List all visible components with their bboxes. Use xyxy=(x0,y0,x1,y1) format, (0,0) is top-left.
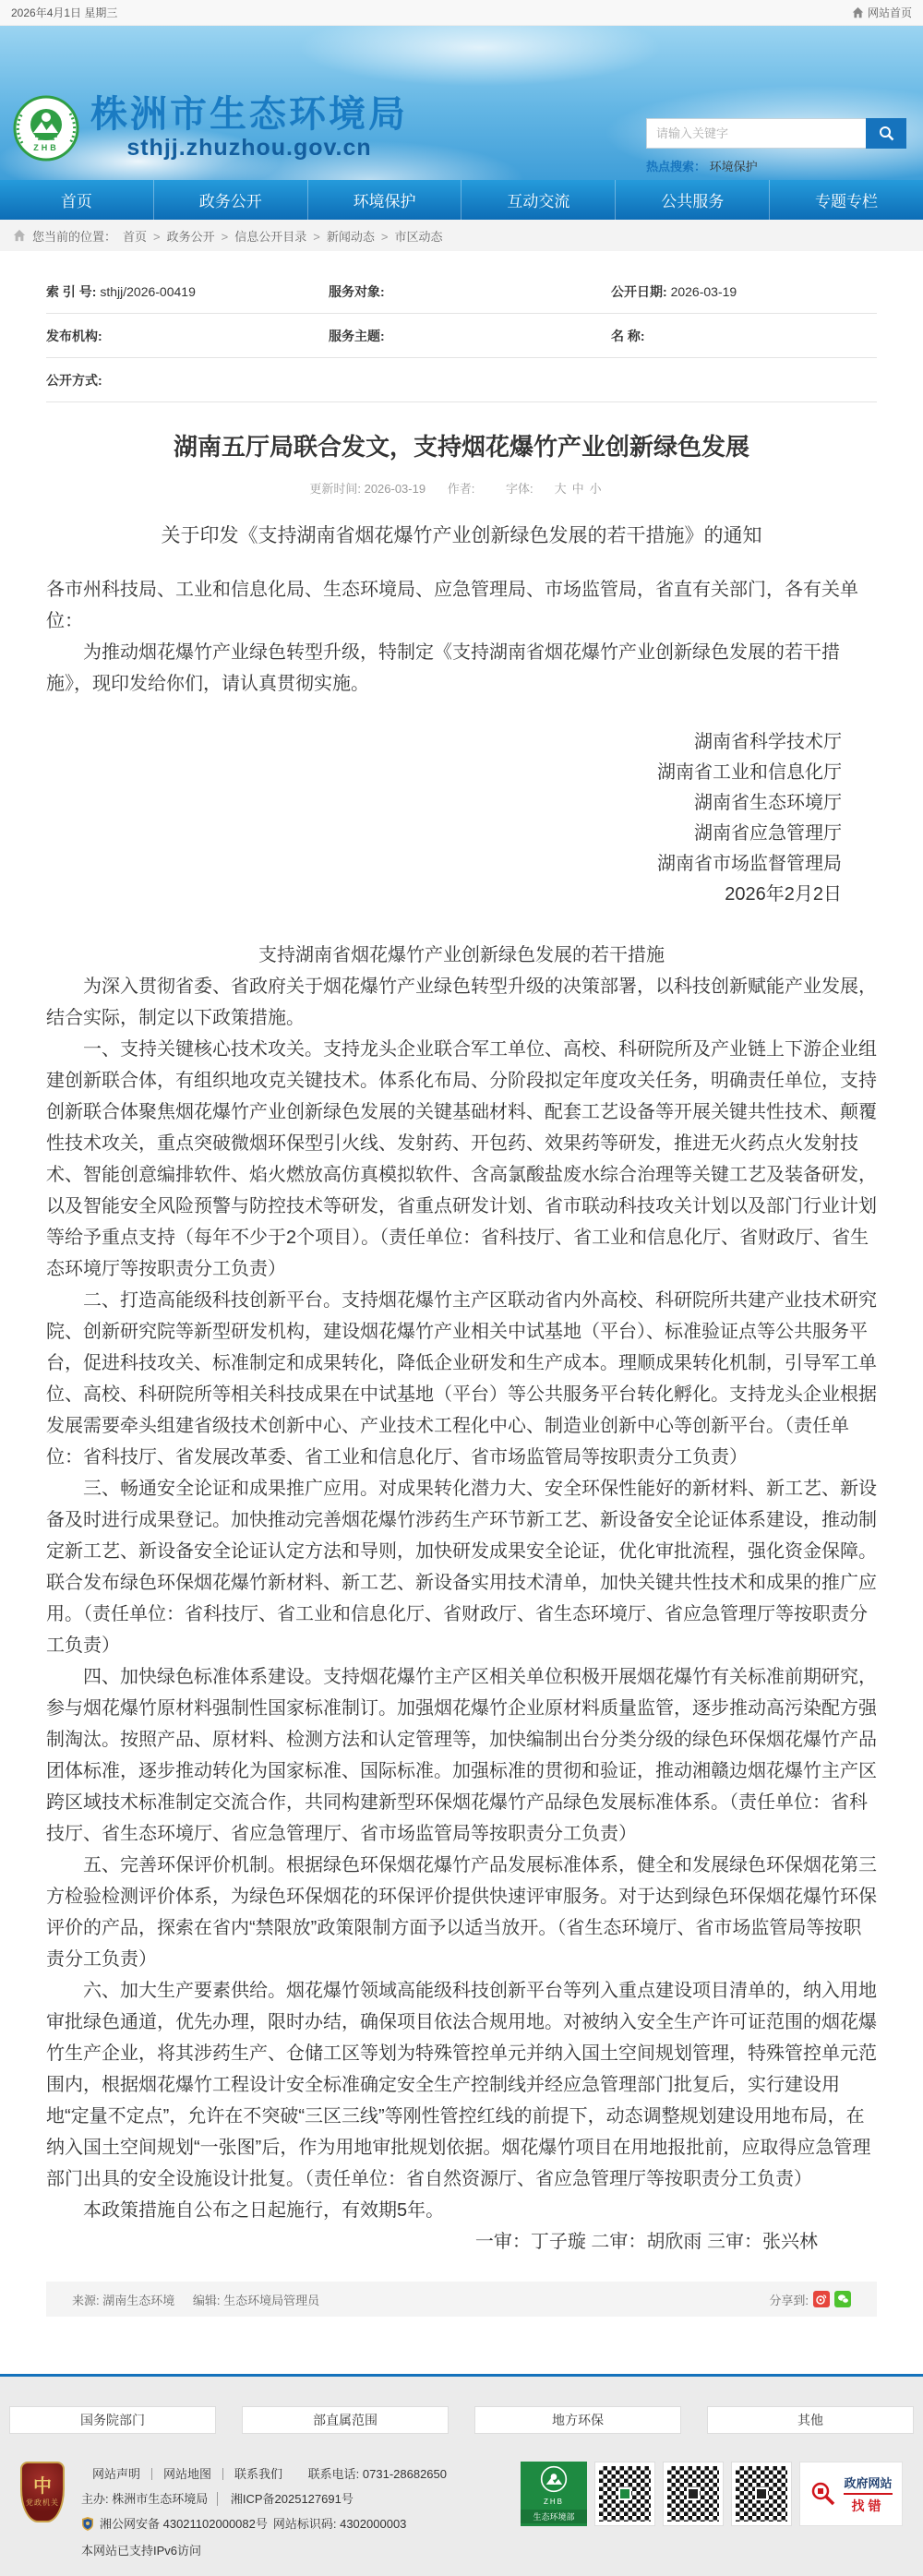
body-paragraph: 五、完善环保评价机制。根据绿色环保烟花爆竹产品发展标准体系，健全和发展绿色环保烟… xyxy=(46,1850,877,1975)
footer-info: 网站声明网站地图联系我们 联系电话: 0731-28682650 主办: 株洲市… xyxy=(81,2462,504,2563)
font-size-option[interactable]: 大 xyxy=(555,482,567,496)
editor-label: 编辑: 生态环境局管理员 xyxy=(193,2294,319,2307)
footer-tab[interactable]: 国务院部门 xyxy=(9,2406,216,2434)
body-paragraph: 二、打造高能级科技创新平台。支持烟花爆竹主产区联动省内外高校、科研院所共建产业技… xyxy=(46,1285,877,1473)
site-logo-icon: ZHB xyxy=(13,95,79,162)
signature-line: 湖南省生态环境厅 xyxy=(46,788,842,819)
footer-link[interactable]: 联系我们 xyxy=(223,2468,294,2480)
body-paragraph: 三、畅通安全论证和成果推广应用。对成果转化潜力大、安全环保性能好的新材料、新工艺… xyxy=(46,1473,877,1661)
article-title: 湖南五厅局联合发文，支持烟花爆竹产业创新绿色发展 xyxy=(46,428,877,462)
mee-logo-panel[interactable]: ZHB 生态环境部 xyxy=(521,2462,587,2526)
breadcrumb-items: 首页>政务公开>信息公开目录>新闻动态>市区动态> xyxy=(123,227,442,245)
search-input[interactable] xyxy=(646,118,866,149)
search-zone: 热点搜索： 环境保护 xyxy=(646,118,906,174)
measures-paragraphs: 为深入贯彻省委、省政府关于烟花爆竹产业绿色转型升级的决策部署，以科技创新赋能产业… xyxy=(46,971,877,2226)
page-footer: 国务院部门部直属范围地方环保其他 中 党政机关 网站声明网站地图联系我们 联系电… xyxy=(0,2374,923,2576)
site-name: 株洲市生态环境局 xyxy=(90,94,408,135)
meta-cell-method: 公开方式: xyxy=(46,371,877,389)
hot-search-term[interactable]: 环境保护 xyxy=(710,160,758,174)
host-label: 主办: 株洲市生态环境局 xyxy=(81,2492,218,2506)
party-gov-emblem: 中 党政机关 xyxy=(20,2462,65,2522)
breadcrumb-home-icon xyxy=(13,229,26,242)
meta-row: 公开方式: xyxy=(46,358,877,402)
signature-line: 湖南省应急管理厅 xyxy=(46,819,842,849)
qr-code-2 xyxy=(663,2462,724,2526)
qr-code-3 xyxy=(731,2462,792,2526)
mee-label: 生态环境部 xyxy=(521,2510,587,2523)
signature-block: 湖南省科学技术厅湖南省工业和信息化厅湖南省生态环境厅湖南省应急管理厅湖南省市场监… xyxy=(46,727,877,910)
signature-line: 湖南省工业和信息化厅 xyxy=(46,758,842,788)
hot-search-label: 热点搜索： xyxy=(646,160,706,174)
home-icon xyxy=(852,6,864,18)
footer-tab[interactable]: 其他 xyxy=(707,2406,914,2434)
breadcrumb-prefix: 您当前的位置： xyxy=(32,227,116,245)
body-paragraph: 四、加快绿色标准体系建设。支持烟花爆竹主产区相关单位积极开展烟花爆竹有关标准前期… xyxy=(46,1661,877,1850)
footer-tabs: 国务院部门部直属范围地方环保其他 xyxy=(9,2406,914,2434)
breadcrumb-link[interactable]: 新闻动态 xyxy=(327,230,375,244)
font-size-option[interactable]: 中 xyxy=(572,482,584,496)
font-size-control: 字体:大中小 xyxy=(497,482,614,496)
notice-subtitle: 关于印发《支持湖南省烟花爆竹产业创新绿色发展的若干措施》的通知 xyxy=(46,521,877,548)
footer-tab[interactable]: 地方环保 xyxy=(474,2406,681,2434)
salutation: 各市州科技局、工业和信息化局、生态环境局、应急管理局、市场监管局，省直有关部门，… xyxy=(46,574,877,637)
error-badge-line1: 政府网站 xyxy=(844,2474,892,2491)
meta-row: 索 引 号: sthjj/2026-00419 服务对象: 公开日期: 2026… xyxy=(46,270,877,314)
source-info: 来源: 湖南生态环境 编辑: 生态环境局管理员 xyxy=(72,2291,334,2308)
current-date: 2026年4月1日 星期三 xyxy=(11,5,117,20)
body-paragraph: 本政策措施自公布之日起施行，有效期5年。 xyxy=(46,2195,877,2226)
share-weibo-icon[interactable] xyxy=(813,2291,830,2307)
signature-line: 2026年2月2日 xyxy=(46,880,842,910)
site-code: 网站标识码: 4302000003 xyxy=(273,2511,407,2536)
breadcrumb: 您当前的位置： 首页>政务公开>信息公开目录>新闻动态>市区动态> xyxy=(0,220,923,251)
content-area: 索 引 号: sthjj/2026-00419 服务对象: 公开日期: 2026… xyxy=(0,270,923,2258)
meta-cell-index: 索 引 号: sthjj/2026-00419 xyxy=(46,282,329,301)
document-meta-table: 索 引 号: sthjj/2026-00419 服务对象: 公开日期: 2026… xyxy=(46,270,877,402)
body-paragraph: 为深入贯彻省委、省政府关于烟花爆竹产业绿色转型升级的决策部署，以科技创新赋能产业… xyxy=(46,971,877,1034)
error-magnifier-icon xyxy=(809,2480,837,2508)
footer-badges: ZHB 生态环境部 政府网站 找错 xyxy=(521,2462,903,2526)
breadcrumb-link[interactable]: 政务公开 xyxy=(167,230,215,244)
footer-link[interactable]: 网站地图 xyxy=(152,2468,223,2480)
site-banner: ZHB 株洲市生态环境局 sthjj.zhuzhou.gov.cn 热点搜索： … xyxy=(0,26,923,180)
source-label: 来源: 湖南生态环境 xyxy=(72,2294,174,2307)
site-brand[interactable]: ZHB 株洲市生态环境局 sthjj.zhuzhou.gov.cn xyxy=(13,94,408,162)
contact-phone: 联系电话: 0731-28682650 xyxy=(308,2467,447,2481)
search-button[interactable] xyxy=(866,118,906,149)
measures-heading: 支持湖南省烟花爆竹产业创新绿色发展的若干措施 xyxy=(46,940,877,971)
qr-code-1 xyxy=(594,2462,655,2526)
font-size-options: 大中小 xyxy=(552,482,605,496)
share-box: 分享到: xyxy=(769,2291,851,2308)
breadcrumb-link[interactable]: 市区动态 xyxy=(394,230,442,244)
intro-paragraph: 为推动烟花爆竹产业绿色转型升级，特制定《支持湖南省烟花爆竹产业创新绿色发展的若干… xyxy=(46,637,877,700)
signature-line: 湖南省市场监督管理局 xyxy=(46,849,842,880)
article-body: 各市州科技局、工业和信息化局、生态环境局、应急管理局、市场监管局，省直有关部门，… xyxy=(46,574,877,2258)
share-label: 分享到: xyxy=(769,2291,809,2308)
top-utility-bar: 2026年4月1日 星期三 网站首页 xyxy=(0,0,923,26)
nav-item[interactable]: 首页 xyxy=(0,180,154,220)
meta-cell-name: 名 称: xyxy=(611,327,877,345)
nav-item[interactable]: 环境保护 xyxy=(308,180,462,220)
nav-item[interactable]: 政务公开 xyxy=(154,180,308,220)
footer-links: 网站声明网站地图联系我们 xyxy=(81,2468,294,2480)
nav-item[interactable]: 互动交流 xyxy=(461,180,616,220)
author-label: 作者: xyxy=(448,482,475,496)
body-paragraph: 六、加大生产要素供给。烟花爆竹领域高能级科技创新平台等列入重点建设项目清单的，纳… xyxy=(46,1975,877,2195)
update-time: 更新时间: 2026-03-19 xyxy=(309,482,426,496)
emblem-label: 党政机关 xyxy=(26,2498,59,2508)
icp-number[interactable]: 湘ICP备2025127691号 xyxy=(231,2492,354,2506)
site-error-report-badge[interactable]: 政府网站 找错 xyxy=(799,2462,903,2526)
body-paragraph: 一、支持关键核心技术攻关。支持龙头企业联合军工单位、高校、科研院所及产业链上下游… xyxy=(46,1034,877,1285)
mee-zhb-text: ZHB xyxy=(544,2498,564,2506)
mee-logo-icon xyxy=(540,2465,568,2493)
svg-text:ZHB: ZHB xyxy=(33,143,59,152)
article-meta: 更新时间: 2026-03-19 作者: 字体:大中小 xyxy=(46,479,877,497)
search-icon xyxy=(879,126,894,141)
reviewers-line: 一审：丁子璇 二审：胡欣雨 三审：张兴林 xyxy=(46,2226,877,2258)
home-link[interactable]: 网站首页 xyxy=(852,5,912,20)
site-url: sthjj.zhuzhou.gov.cn xyxy=(126,135,371,162)
meta-cell-pubdate: 公开日期: 2026-03-19 xyxy=(611,282,877,301)
error-badge-line2: 找错 xyxy=(851,2497,884,2515)
source-bar: 来源: 湖南生态环境 编辑: 生态环境局管理员 分享到: xyxy=(46,2282,877,2317)
share-wechat-icon[interactable] xyxy=(834,2291,851,2307)
main-nav: 首页政务公开环境保护互动交流公共服务专题专栏 xyxy=(0,180,923,220)
footer-tab[interactable]: 部直属范围 xyxy=(242,2406,449,2434)
meta-cell-topic: 服务主题: xyxy=(329,327,611,345)
footer-link[interactable]: 网站声明 xyxy=(81,2468,152,2480)
home-link-label: 网站首页 xyxy=(868,5,912,20)
font-size-option[interactable]: 小 xyxy=(590,482,602,496)
nav-item[interactable]: 专题专栏 xyxy=(770,180,923,220)
breadcrumb-link[interactable]: 首页 xyxy=(123,230,147,244)
police-record[interactable]: 湘公网安备 43021102000082号 xyxy=(100,2511,268,2536)
signature-line: 湖南省科学技术厅 xyxy=(46,727,842,758)
police-badge-icon xyxy=(81,2517,94,2531)
meta-row: 发布机构: 服务主题: 名 称: xyxy=(46,314,877,358)
breadcrumb-link[interactable]: 信息公开目录 xyxy=(234,230,306,244)
meta-cell-audience: 服务对象: xyxy=(329,282,611,301)
ipv6-note: 本网站已支持IPv6访问 xyxy=(81,2538,504,2563)
nav-item[interactable]: 公共服务 xyxy=(616,180,770,220)
meta-cell-agency: 发布机构: xyxy=(46,327,329,345)
